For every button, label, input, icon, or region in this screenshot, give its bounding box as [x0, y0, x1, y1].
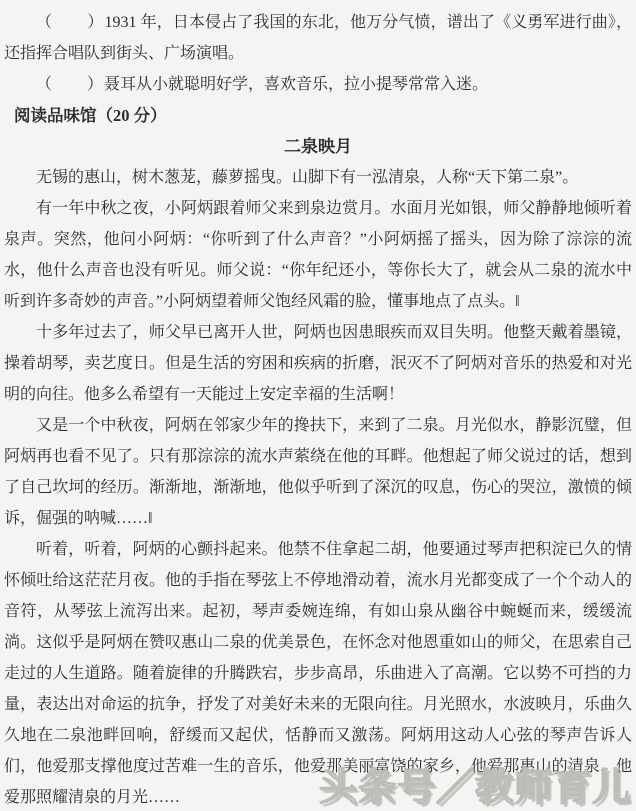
judgment-text: 聂耳从小就聪明好学，喜欢音乐，拉小提琴常常入迷。: [104, 76, 488, 93]
article-paragraph-4: 又是一个中秋夜，阿炳在邻家少年的搀扶下，来到了二泉。月光似水，静影沉璧，但阿炳再…: [4, 410, 632, 534]
section-header-reading: 阅读品味馆（20 分）: [4, 100, 632, 131]
worksheet-page: （ ）1931 年，日本侵占了我国的东北，他万分气愤，谱出了《义勇军进行曲》，还…: [0, 0, 636, 811]
judgment-item-2: （ ）聂耳从小就聪明好学，喜欢音乐，拉小提琴常常入迷。: [4, 69, 632, 100]
judgment-item-1: （ ）1931 年，日本侵占了我国的东北，他万分气愤，谱出了《义勇军进行曲》，还…: [4, 7, 632, 69]
article-paragraph-2: 有一年中秋之夜，小阿炳跟着师父来到泉边赏月。水面月光如银，师父静静地倾听着泉声。…: [4, 193, 632, 317]
article-paragraph-5: 听着，听着，阿炳的心颤抖起来。他禁不住拿起二胡，他要通过琴声把积淀已久的情怀倾吐…: [4, 534, 632, 811]
answer-bracket: （ ）: [36, 14, 104, 31]
article-paragraph-3: 十多年过去了，师父早已离开人世，阿炳也因患眼疾而双目失明。他整天戴着墨镜，操着胡…: [4, 317, 632, 410]
answer-bracket: （ ）: [36, 76, 104, 93]
worksheet-screenshot: { "judgment_items": [ { "bracket": "（ ）"…: [0, 0, 636, 811]
article-title: 二泉映月: [4, 131, 632, 162]
article-paragraph-1: 无锡的惠山，树木葱茏，藤萝摇曳。山脚下有一泓清泉，人称“天下第二泉”。: [4, 162, 632, 193]
